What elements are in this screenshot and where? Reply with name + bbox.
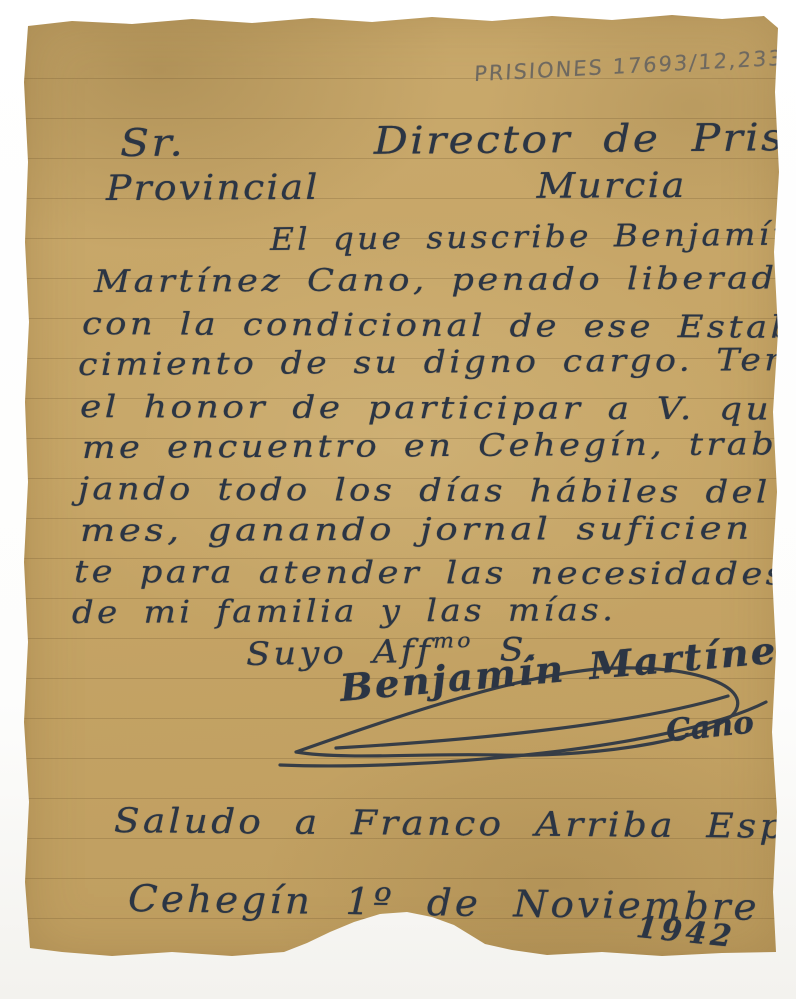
archive-stamp: PRISIONES 17693/12,233 (474, 46, 785, 86)
letter-body-line: con la condicional de ese Estable (82, 309, 796, 344)
letter-body-line: el honor de participar a V. que (80, 392, 796, 426)
closing-superscript: mo (433, 628, 474, 653)
year: 1942 (635, 913, 737, 953)
letter-body-line: me encuentro en Cehegín, traba (82, 429, 796, 464)
letter-heading-line2: Provincial Murcia (106, 169, 687, 207)
letter-heading-line1: Sr. Director de Prisión (120, 118, 796, 162)
letter-body-line: Martínez Cano, penado liberado (94, 263, 796, 298)
scan-background: PRISIONES 17693/12,233 Sr. Director de P… (0, 0, 796, 999)
signature-surname: Cano (665, 707, 756, 747)
letter-body-line: cimiento de su digno cargo. Tengo (78, 345, 796, 381)
letter-body-line: mes, ganando jornal suficien (80, 514, 753, 547)
letter-body-line: El que suscribe Benjamín (270, 219, 796, 256)
letter-body-line: te para atender las necesidades (74, 557, 787, 590)
letter-paper: PRISIONES 17693/12,233 Sr. Director de P… (22, 12, 784, 960)
letter-body-line: jando todo los días hábiles del (78, 474, 771, 509)
letter-body-line: de mi familia y las mías. (72, 595, 616, 629)
salute-line: Saludo a Franco Arriba España (114, 804, 796, 845)
